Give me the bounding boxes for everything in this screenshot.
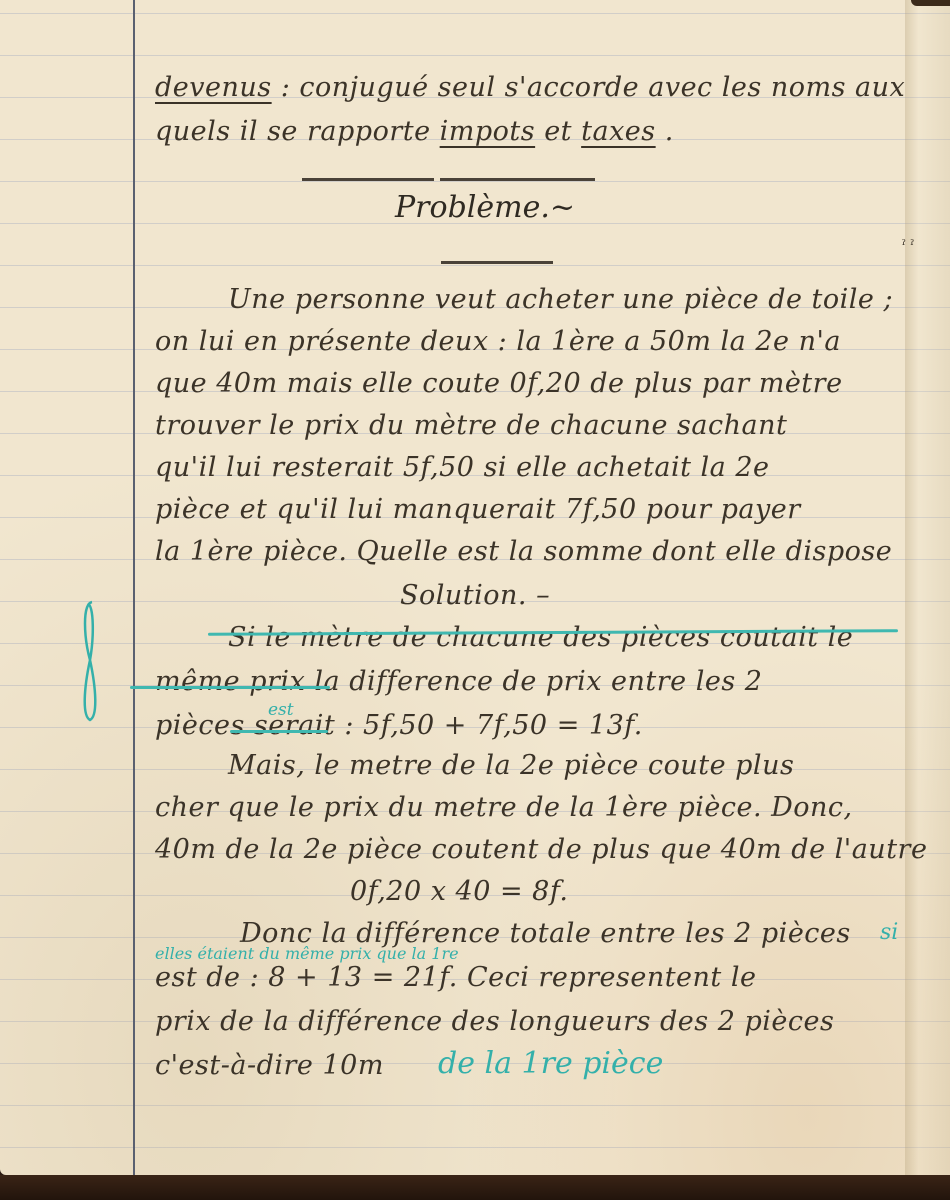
- problem-line-4: trouver le prix du mètre de chacune sach…: [155, 410, 787, 441]
- solution-line-2: même prix la difference de prix entre le…: [155, 666, 762, 697]
- solution-line-1: Si le mètre de chacune des pièces coutai…: [228, 622, 853, 653]
- teal-margin-mark-icon: [80, 598, 100, 728]
- strikethrough-serait: [230, 730, 328, 733]
- inserted-correction-line: elles étaient du même prix que la 1re: [155, 944, 459, 963]
- problem-line-5: qu'il lui resterait 5f,50 si elle acheta…: [155, 452, 770, 483]
- problem-line-1: Une personne veut acheter une pièce de t…: [228, 284, 893, 315]
- intro-line-1: devenus : conjugué seul s'accorde avec l…: [155, 72, 905, 103]
- intro-line-2-start: quels il se rapporte: [155, 116, 440, 147]
- title-rule-top-right: [440, 178, 595, 181]
- solution-title: Solution. –: [400, 580, 550, 611]
- page-fold-shadow: [905, 0, 950, 1175]
- solution-line-11: c'est-à-dire 10m: [155, 1050, 384, 1081]
- notebook-page: devenus : conjugué seul s'accorde avec l…: [0, 0, 950, 1175]
- inserted-si: si: [880, 920, 898, 945]
- margin-line: [133, 0, 135, 1175]
- solution-line-4: Mais, le metre de la 2e pièce coute plus: [228, 750, 794, 781]
- title-rule-top: [302, 178, 434, 181]
- solution-line-5: cher que le prix du metre de la 1ère piè…: [155, 792, 853, 823]
- inserted-est: est: [268, 700, 294, 720]
- underlined-word-devenus: devenus: [155, 72, 272, 103]
- intro-line-1-text: : conjugué seul s'accorde avec les noms …: [272, 72, 906, 103]
- intro-line-2: quels il se rapporte impots et taxes .: [155, 116, 674, 147]
- solution-line-10: prix de la différence des longueurs des …: [155, 1006, 834, 1037]
- solution-line-6: 40m de la 2e pièce coutent de plus que 4…: [155, 834, 927, 865]
- problem-title: Problème.~: [395, 190, 575, 225]
- solution-line-9: est de : 8 + 13 = 21f. Ceci representent…: [155, 962, 756, 993]
- underlined-word-taxes: taxes: [581, 116, 656, 147]
- underlined-word-impots: impots: [440, 116, 535, 147]
- desk-background: [0, 1175, 950, 1200]
- problem-line-6: pièce et qu'il lui manquerait 7f,50 pour…: [155, 494, 801, 525]
- intro-line-2-end: .: [656, 116, 674, 147]
- stray-marks: ˀ ˀ: [902, 238, 914, 254]
- problem-line-7: la 1ère pièce. Quelle est la somme dont …: [155, 536, 892, 567]
- problem-line-3: que 40m mais elle coute 0f,20 de plus pa…: [155, 368, 843, 399]
- solution-line-7: 0f,20 x 40 = 8f.: [350, 876, 568, 907]
- strikethrough-meme-prix: [130, 686, 330, 689]
- intro-line-2-mid: et: [535, 116, 581, 147]
- problem-line-2: on lui en présente deux : la 1ère a 50m …: [155, 326, 841, 357]
- title-rule-bottom: [441, 261, 553, 264]
- solution-line-3: pièces serait : 5f,50 + 7f,50 = 13f.: [155, 710, 643, 741]
- appended-correction: de la 1re pièce: [438, 1046, 663, 1081]
- page-corner-shadow: [911, 0, 950, 6]
